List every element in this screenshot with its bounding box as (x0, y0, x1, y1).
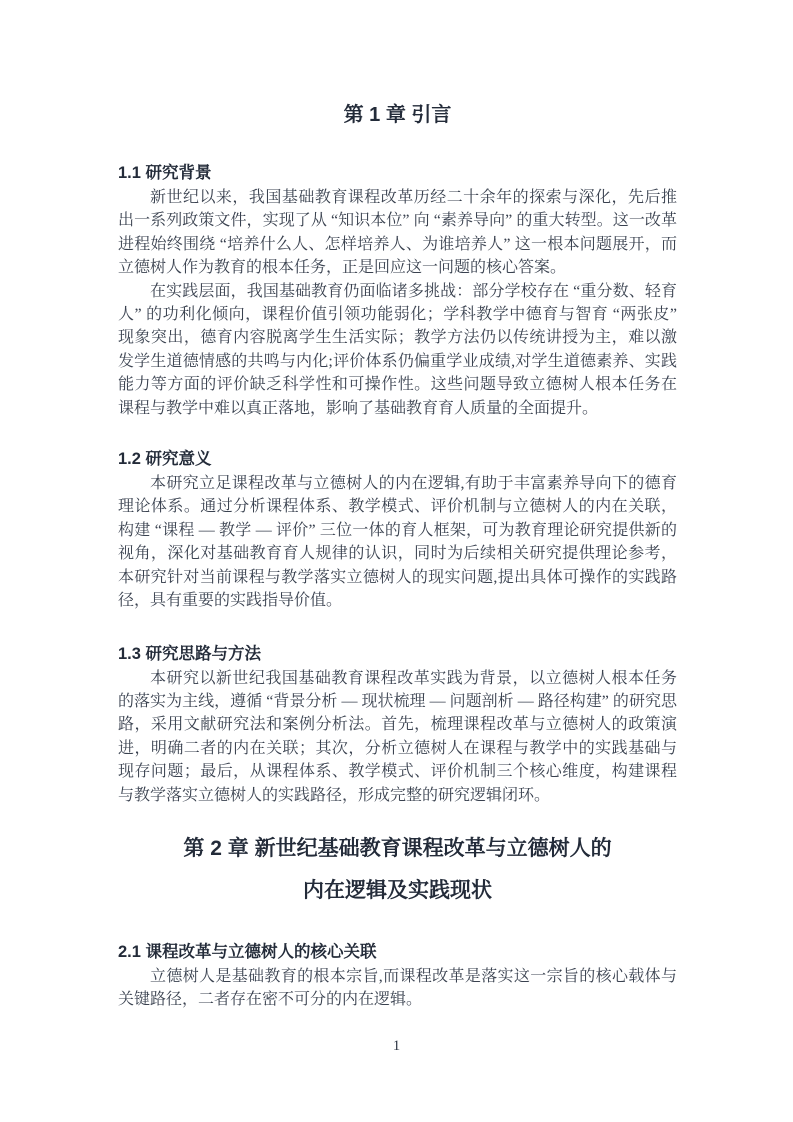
chapter-2-title-line-2: 内在逻辑及实践现状 (118, 870, 677, 912)
section-2-1-paragraph-1: 立德树人是基础教育的根本宗旨,而课程改革是落实这一宗旨的核心载体与关键路径，二者… (118, 965, 677, 1012)
section-heading-1-3: 1.3 研究思路与方法 (118, 643, 677, 665)
section-1-3-paragraph-1: 本研究以新世纪我国基础教育课程改革实践为背景，以立德树人根本任务的落实为主线，遵… (118, 667, 677, 807)
section-1-2-paragraph-1: 本研究立足课程改革与立德树人的内在逻辑,有助于丰富素养导向下的德育理论体系。通过… (118, 472, 677, 612)
page-content: 第 1 章 引言 1.1 研究背景 新世纪以来，我国基础教育课程改革历经二十余年… (118, 0, 677, 1012)
section-heading-1-1: 1.1 研究背景 (118, 162, 677, 184)
section-heading-2-1: 2.1 课程改革与立德树人的核心关联 (118, 941, 677, 963)
page-number: 1 (0, 1038, 793, 1055)
chapter-2-title: 第 2 章 新世纪基础教育课程改革与立德树人的 内在逻辑及实践现状 (118, 828, 677, 912)
section-1-1-paragraph-1: 新世纪以来，我国基础教育课程改革历经二十余年的探索与深化，先后推出一系列政策文件… (118, 186, 677, 280)
chapter-1-title: 第 1 章 引言 (118, 101, 677, 129)
document-page: 第 1 章 引言 1.1 研究背景 新世纪以来，我国基础教育课程改革历经二十余年… (0, 0, 793, 1122)
section-heading-1-2: 1.2 研究意义 (118, 448, 677, 470)
section-1-1-paragraph-2: 在实践层面，我国基础教育仍面临诸多挑战：部分学校存在 “重分数、轻育人” 的功利… (118, 280, 677, 420)
chapter-2-title-line-1: 第 2 章 新世纪基础教育课程改革与立德树人的 (118, 828, 677, 870)
